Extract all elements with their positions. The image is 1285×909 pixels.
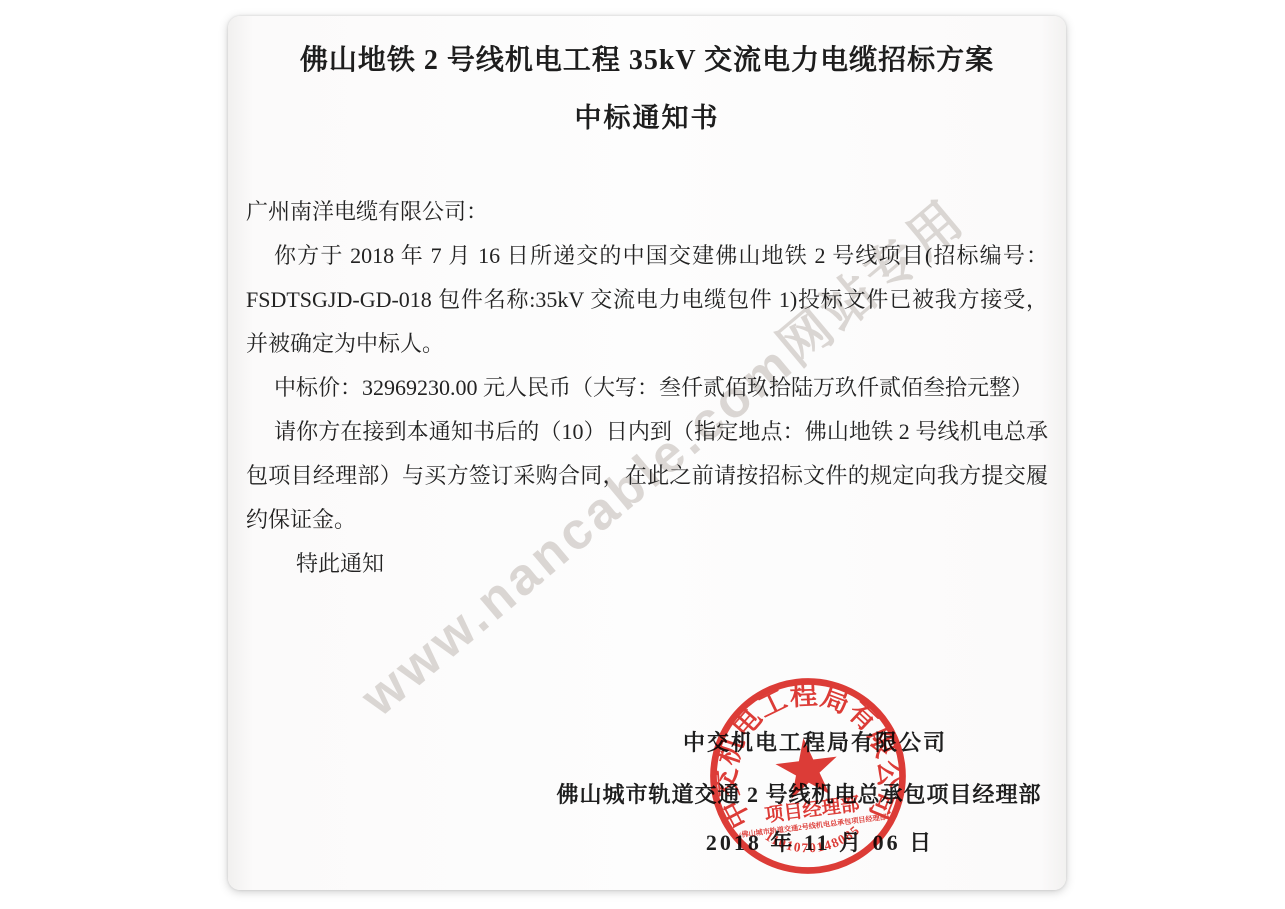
document-title-line2: 中标通知书 bbox=[248, 102, 1046, 134]
recipient-line: 广州南洋电缆有限公司： bbox=[246, 190, 1048, 234]
document-title-line1: 佛山地铁 2 号线机电工程 35kV 交流电力电缆招标方案 bbox=[248, 44, 1046, 78]
document-body: 广州南洋电缆有限公司： 你方于 2018 年 7 月 16 日所递交的中国交建佛… bbox=[228, 190, 1066, 586]
paragraph-contract-instruction: 请你方在接到本通知书后的（10）日内到（指定地点：佛山地铁 2 号线机电总承包项… bbox=[246, 410, 1048, 542]
document-page: www.nancable.com网站专用 佛山地铁 2 号线机电工程 35kV … bbox=[228, 16, 1066, 890]
seal-star-icon bbox=[773, 734, 841, 800]
paragraph-bid-price: 中标价：32969230.00 元人民币（大写：叁仟贰佰玖拾陆万玖仟贰佰叁拾元整… bbox=[246, 366, 1048, 410]
paragraph-bid-acceptance: 你方于 2018 年 7 月 16 日所递交的中国交建佛山地铁 2 号线项目(招… bbox=[246, 234, 1048, 366]
paragraph-closing-notice: 特此通知 bbox=[246, 542, 1048, 586]
scan-background: www.nancable.com网站专用 佛山地铁 2 号线机电工程 35kV … bbox=[0, 0, 1285, 909]
company-seal-icon: 中交机电工程局有限公司 项目经理部 (佛山城市轨道交通2号线机电总承包项目经理部… bbox=[691, 659, 925, 893]
